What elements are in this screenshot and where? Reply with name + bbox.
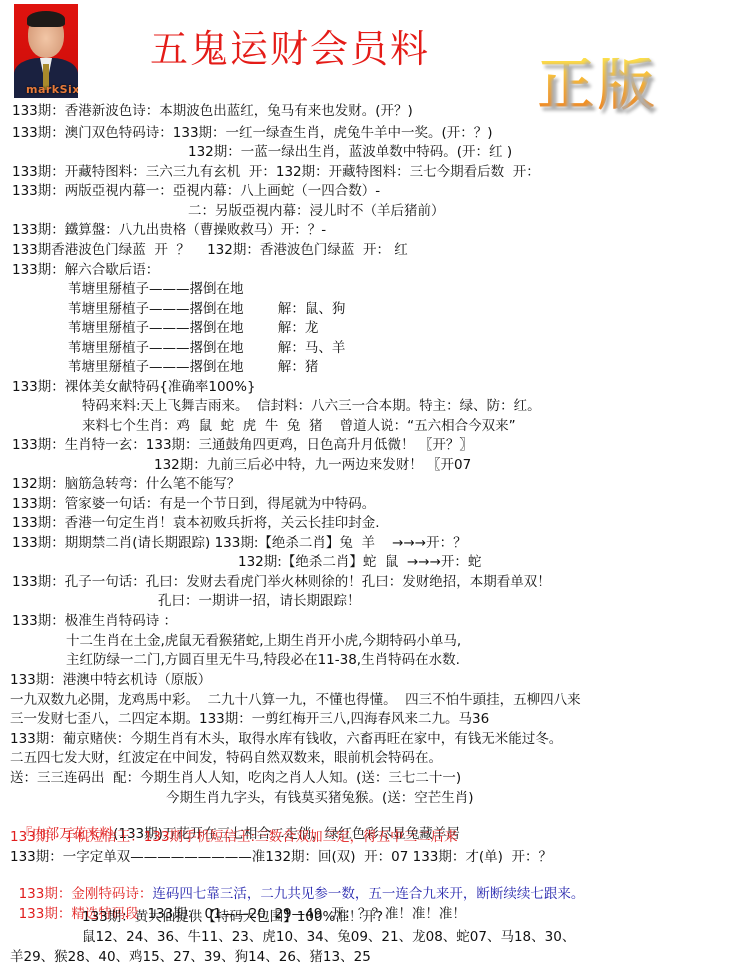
- text-line: 133期：开藏特图料：三六三九有玄机 开：132期：开藏特图料：三七今期看后数 …: [12, 164, 540, 181]
- text-line: 132期：一蓝一绿出生肖，蓝波单数中特码。(开：红 ): [188, 144, 512, 161]
- zodiac-row-1: 鼠12、24、36、牛11、23、虎10、34、兔09、21、龙08、蛇07、马…: [82, 929, 575, 946]
- page-title: 五鬼运财会员料: [150, 30, 430, 68]
- text-line: 133期：香港一句定生肖！袁本初败兵折将，关云长挂印封金.: [12, 515, 380, 532]
- text-line: 133期：裸体美女献特码{准确率100%}: [12, 379, 256, 396]
- text-line: 132期:【绝杀二肖】蛇 鼠 →→→开：蛇: [238, 554, 481, 571]
- header-photo: markSix: [14, 4, 78, 98]
- text-line: 132期：脑筋急转弯：什么笔不能写？: [12, 476, 240, 493]
- text-line: 主红防绿一二门,方圆百里无牛马,特段必在11-38,生肖特码在水数.: [66, 652, 460, 669]
- text-line: 133期：鐵算盤：八九出贵格（曹操败救马）开：？-: [12, 222, 326, 239]
- text-line: 特码来料:天上飞舞吉雨来。 信封料：八六三一合本期。特主：绿、防：红。: [82, 398, 541, 415]
- text-line: 133期：港澳中特玄机诗（原版）: [10, 672, 211, 689]
- text-line: 133期：极准生肖特码诗 ：: [12, 613, 177, 630]
- text-line: 133期：孔子一句话：孔曰：发财去看虎门举火林则徐的！孔曰：发财绝招，本期看单双…: [12, 574, 551, 591]
- text-line: 孔曰：一期讲一招，请长期跟踪！: [158, 593, 361, 610]
- text-line: 133期：生肖特一玄：133期：三通鼓角四更鸡，日色高升月低微！ 〖开？〗: [12, 437, 473, 454]
- huangdaxian-line: 133期：黄大仙提供【特码大包围】100%准！开?: [82, 909, 383, 926]
- text-line: 三一发财七歪八，二四定本期。133期：一剪红梅开三八,四海春风来二九。马36: [10, 711, 489, 728]
- text-line: 苇塘里掰植子———撂倒在地 解：猪: [68, 359, 318, 376]
- text-line: 苇塘里掰植子———撂倒在地 解：龙: [68, 320, 318, 337]
- text-line: 133期：两版亞視内幕一：亞視内幕：八上画蛇（一四合数）-: [12, 183, 380, 200]
- text-line: 133期：管家婆一句话：有是一个节日到，得尾就为中特码。: [12, 496, 375, 513]
- text-line: 二五四七发大财，红波定在中间发，特码自然双数来，眼前机会特码在。: [10, 750, 442, 767]
- text-line: 苇塘里掰植子———撂倒在地 解：鼠、狗: [68, 301, 345, 318]
- photo-hair: [27, 11, 65, 27]
- text-line: 苇塘里掰植子———撂倒在地: [68, 281, 244, 298]
- genuine-badge: 正版: [538, 58, 658, 114]
- zodiac-row-2: 羊29、猴28、40、鸡15、27、39、狗14、26、猪13、25: [10, 949, 371, 966]
- text-line: 十二生肖在土金,虎鼠无看猴猪蛇,上期生肖开小虎,今期特码小单马,: [66, 633, 461, 650]
- text-line: 今期生肖九字头，有钱莫买猪兔猴。(送：空芒生肖): [166, 790, 474, 807]
- text-line: 送：三三连码出 配：今期生肖人人知，吃肉之肖人人知。(送：三七二十一): [10, 770, 461, 787]
- text-line: 133期：期期禁二肖(请长期跟踪) 133期:【绝杀二肖】兔 羊 →→→开：？: [12, 535, 467, 552]
- text-line: 苇塘里掰植子———撂倒在地 解：马、羊: [68, 340, 345, 357]
- sms-line: 133期：手机短信王：133期手机短信王:三数合双加三定，得五中三二后来: [10, 829, 458, 846]
- danshuang-line: 133期：一字定单双—————————准132期：回(双) 开：07 133期：…: [10, 849, 552, 866]
- text-line: 133期：澳门双色特码诗：133期：一红一绿查生肖，虎兔牛羊中一奖。(开：？): [12, 125, 493, 142]
- photo-watermark: markSix: [26, 83, 78, 96]
- text-line: 133期：解六合歇后语：: [12, 262, 159, 279]
- text-line: 来料七个生肖：鸡 鼠 蛇 虎 牛 兔 猪 曾道人说：“五六相合今双来”: [82, 418, 516, 435]
- text-line: 133期：葡京赌侠：今期生肖有木头，取得水库有钱收，六畜再旺在家中，有钱无米能过…: [10, 731, 562, 748]
- text-line: 133期香港波色门绿蓝 开 ？ 132期：香港波色门绿蓝 开： 红: [12, 242, 408, 259]
- text-line: 133期：香港新波色诗：本期波色出蓝红，兔马有来也发财。(开？): [12, 103, 413, 120]
- text-line: 132期：九前三后必中特，九一两边来发财！ 〖开07: [154, 457, 471, 474]
- text-line: 一九双数九必開，龙鸡馬中彩。 二九十八算一九，不懂也得懂。 四三不怕牛頭挂，五柳…: [10, 692, 581, 709]
- text-line: 二：另版亞視内幕：浸儿时不（羊后猪前）: [188, 203, 445, 220]
